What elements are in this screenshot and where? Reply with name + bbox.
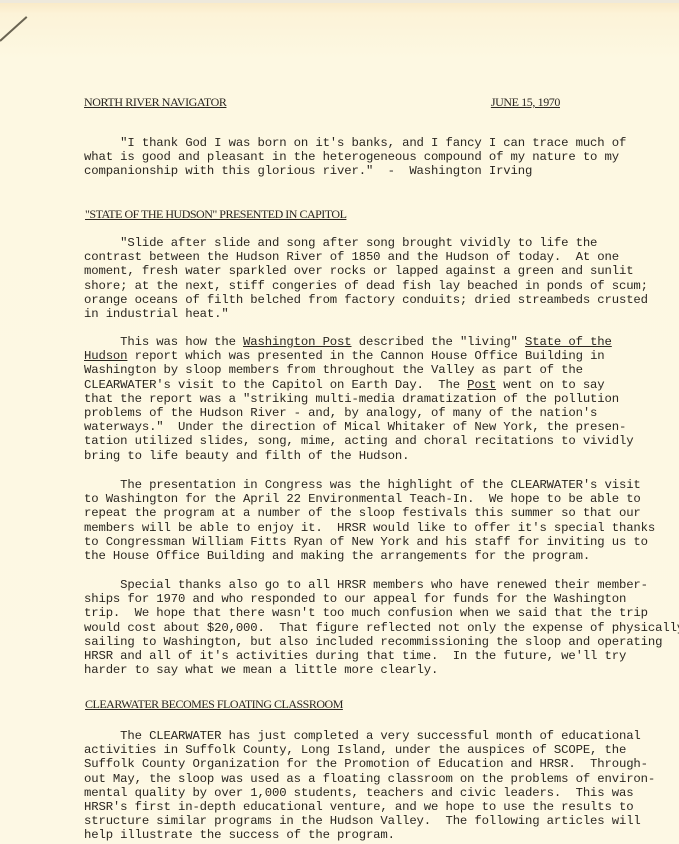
text-line: the House Office Building and making the… (84, 549, 590, 563)
text-line: moment, fresh water sparkled over rocks … (84, 264, 633, 278)
text-line: "Slide after slide and song after song b… (84, 236, 597, 250)
text-line: what is good and pleasant in the heterog… (84, 150, 619, 164)
text-run: This was how the (84, 335, 243, 349)
quote-paragraph: "Slide after slide and song after song b… (84, 236, 679, 321)
text-line: companionship with this glorious river."… (84, 164, 532, 178)
paragraph-washington-post: This was how the Washington Post describ… (84, 335, 679, 463)
text-line: sailing to Washington, but also included… (84, 635, 662, 649)
text-run: CLEARWATER's visit to the Capitol on Ear… (84, 378, 467, 392)
page-top-edge (0, 0, 679, 3)
text-line: ships for 1970 and who responded to our … (84, 592, 626, 606)
text-line: Special thanks also go to all HRSR membe… (84, 578, 648, 592)
text-line: problems of the Hudson River - and, by a… (84, 406, 597, 420)
text-line: Washington by sloop members from through… (84, 363, 583, 377)
document-page: NORTH RIVER NAVIGATOR JUNE 15, 1970 "I t… (0, 0, 679, 844)
text-line: orange oceans of filth belched from fact… (84, 293, 648, 307)
text-line: activities in Suffolk County, Long Islan… (84, 743, 626, 757)
text-line: "I thank God I was born on it's banks, a… (84, 136, 626, 150)
text-line: contrast between the Hudson River of 185… (84, 250, 619, 264)
text-run: went on to say (496, 378, 604, 392)
text-line: waterways." Under the direction of Mical… (84, 420, 626, 434)
underlined-title: Hudson (84, 349, 127, 363)
issue-date: JUNE 15, 1970 (491, 95, 560, 110)
text-line: shore; at the next, stiff congeries of d… (84, 279, 648, 293)
text-line: bring to life beauty and filth of the Hu… (84, 449, 409, 463)
text-line: that the report was a "striking multi-me… (84, 392, 619, 406)
text-line: Suffolk County Organization for the Prom… (84, 757, 648, 771)
underlined-title: Post (467, 378, 496, 392)
text-line: tation utilized slides, song, mime, acti… (84, 434, 633, 448)
text-line: HRSR and all of it's activities during t… (84, 649, 626, 663)
text-line: trip. We hope that there wasn't too much… (84, 606, 648, 620)
text-line: mental quality by over 1,000 students, t… (84, 786, 633, 800)
text-line: to Washington for the April 22 Environme… (84, 492, 641, 506)
section-heading-floating-classroom: CLEARWATER BECOMES FLOATING CLASSROOM (85, 697, 343, 712)
text-line: repeat the program at a number of the sl… (84, 506, 641, 520)
epigraph: "I thank God I was born on it's banks, a… (84, 136, 679, 179)
paragraph-special-thanks: Special thanks also go to all HRSR membe… (84, 578, 679, 677)
text-line: HRSR's first in-depth educational ventur… (84, 800, 633, 814)
pencil-mark (0, 16, 27, 42)
text-line: in industrial heat." (84, 307, 229, 321)
text-run: report which was presented in the Cannon… (127, 349, 604, 363)
text-line: would cost about $20,000. That figure re… (84, 621, 679, 635)
paragraph-presentation-congress: The presentation in Congress was the hig… (84, 478, 679, 563)
text-line: The presentation in Congress was the hig… (84, 478, 641, 492)
text-line: to Congressman William Fitts Ryan of New… (84, 535, 648, 549)
publication-title: NORTH RIVER NAVIGATOR (84, 95, 226, 110)
text-run: described the "living" (352, 335, 526, 349)
text-line: help illustrate the success of the progr… (84, 828, 395, 842)
paragraph-floating-classroom: The CLEARWATER has just completed a very… (84, 729, 679, 843)
underlined-title: State of the (525, 335, 612, 349)
section-heading-state-of-hudson: "STATE OF THE HUDSON" PRESENTED IN CAPIT… (85, 207, 346, 222)
text-line: The CLEARWATER has just completed a very… (84, 729, 641, 743)
text-line: members will be able to enjoy it. HRSR w… (84, 521, 655, 535)
text-line: harder to say what we mean a little more… (84, 663, 438, 677)
underlined-title: Washington Post (243, 335, 351, 349)
text-line: out May, the sloop was used as a floatin… (84, 772, 655, 786)
text-line: structure similar programs in the Hudson… (84, 814, 641, 828)
